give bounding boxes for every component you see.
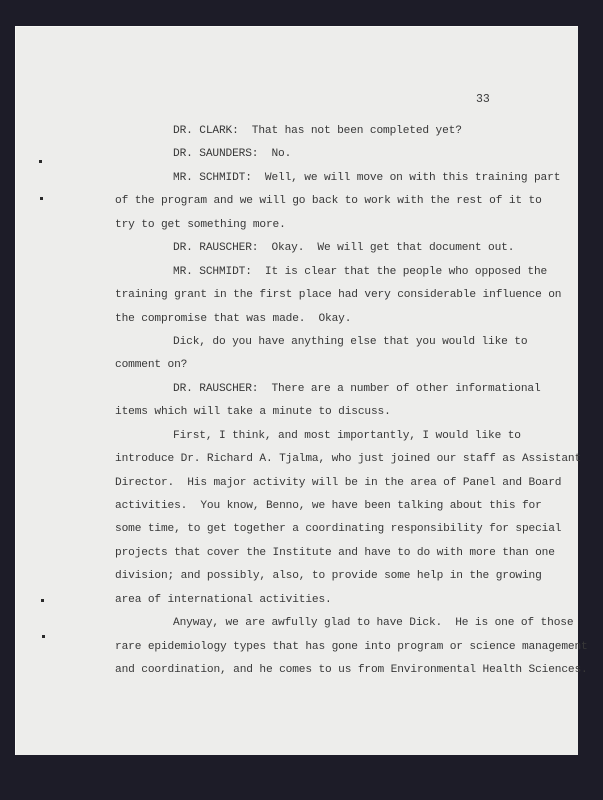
text-line: rare epidemiology types that has gone in… <box>115 636 555 659</box>
page-number: 33 <box>476 93 490 106</box>
margin-mark <box>39 160 42 163</box>
text-line: MR. SCHMIDT: Well, we will move on with … <box>115 167 555 190</box>
text-line: of the program and we will go back to wo… <box>115 190 555 213</box>
text-line: DR. CLARK: That has not been completed y… <box>115 120 555 143</box>
margin-mark <box>41 599 44 602</box>
text-line: division; and possibly, also, to provide… <box>115 565 555 588</box>
text-line: the compromise that was made. Okay. <box>115 308 555 331</box>
text-line: training grant in the first place had ve… <box>115 284 555 307</box>
text-line: projects that cover the Institute and ha… <box>115 542 555 565</box>
text-line: Director. His major activity will be in … <box>115 472 555 495</box>
margin-mark <box>40 197 43 200</box>
transcript-body: DR. CLARK: That has not been completed y… <box>115 120 555 683</box>
text-line: Anyway, we are awfully glad to have Dick… <box>115 612 555 635</box>
text-line: and coordination, and he comes to us fro… <box>115 659 555 682</box>
text-line: DR. RAUSCHER: Okay. We will get that doc… <box>115 237 555 260</box>
text-line: Dick, do you have anything else that you… <box>115 331 555 354</box>
text-line: introduce Dr. Richard A. Tjalma, who jus… <box>115 448 555 471</box>
text-line: try to get something more. <box>115 214 555 237</box>
margin-mark <box>42 635 45 638</box>
text-line: area of international activities. <box>115 589 555 612</box>
text-line: DR. SAUNDERS: No. <box>115 143 555 166</box>
text-line: items which will take a minute to discus… <box>115 401 555 424</box>
text-line: activities. You know, Benno, we have bee… <box>115 495 555 518</box>
text-line: some time, to get together a coordinatin… <box>115 518 555 541</box>
text-line: comment on? <box>115 354 555 377</box>
text-line: First, I think, and most importantly, I … <box>115 425 555 448</box>
text-line: DR. RAUSCHER: There are a number of othe… <box>115 378 555 401</box>
text-line: MR. SCHMIDT: It is clear that the people… <box>115 261 555 284</box>
document-page: 33 DR. CLARK: That has not been complete… <box>15 26 578 755</box>
